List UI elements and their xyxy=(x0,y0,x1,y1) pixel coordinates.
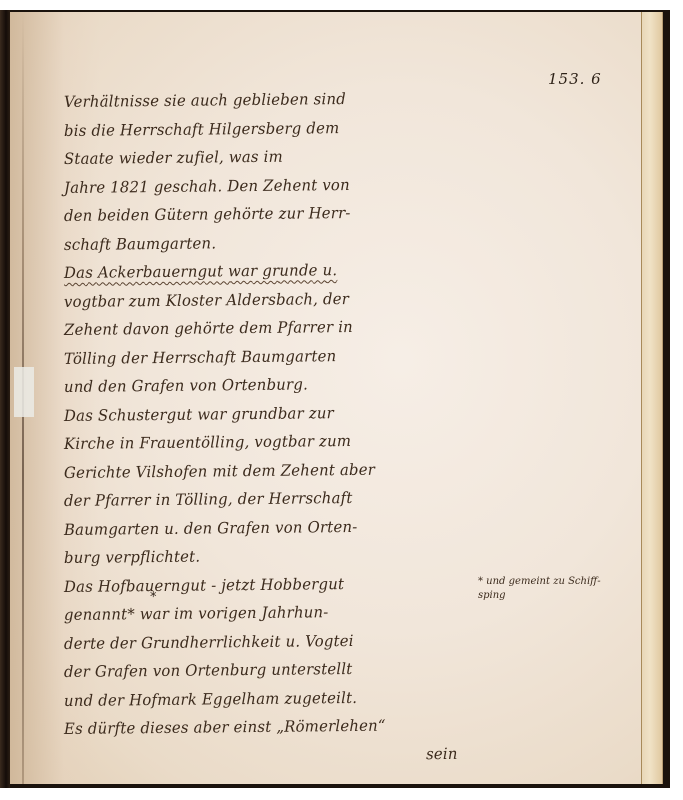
text-line-9: Zehent davon gehörte dem Pfarrer in xyxy=(64,312,487,345)
text-line-11: und den Grafen von Ortenburg. xyxy=(64,369,487,402)
text-line-7: Das Ackerbauerngut war grunde u. xyxy=(64,255,487,288)
text-line-12: Das Schustergut war grundbar zur xyxy=(64,397,487,430)
text-line-6: schaft Baumgarten. xyxy=(64,226,487,259)
text-line-21: der Grafen von Ortenburg unterstellt xyxy=(64,654,487,687)
text-line-20: derte der Grundherrlichkeit u. Vogtei xyxy=(64,625,487,658)
text-line-16: Baumgarten u. den Grafen von Orten- xyxy=(64,511,487,544)
text-line-22: und der Hofmark Eggelham zugeteilt. xyxy=(64,682,487,715)
text-line-2: bis die Herrschaft Hilgersberg dem xyxy=(64,112,487,145)
folio-number: 153. 6 xyxy=(548,70,602,88)
text-line-15: der Pfarrer in Tölling, der Herrschaft xyxy=(64,483,487,516)
text-line-8: vogtbar zum Kloster Aldersbach, der xyxy=(64,283,487,316)
text-line-13: Kirche in Frauentölling, vogtbar zum xyxy=(64,426,487,459)
margin-note: * und gemeint zu Schiff- sping xyxy=(478,575,628,603)
text-line-4: Jahre 1821 geschah. Den Zehent von xyxy=(64,169,487,202)
manuscript-text: Verhältnisse sie auch geblieben sind bis… xyxy=(64,88,504,772)
footnote-asterisk: * xyxy=(150,590,157,605)
text-line-5: den beiden Gütern gehörte zur Herr- xyxy=(64,198,487,231)
text-line-17: burg verpflichtet. xyxy=(64,540,487,573)
text-line-3: Staate wieder zufiel, was im xyxy=(64,141,487,174)
text-line-19: genannt* war im vorigen Jahrhun- xyxy=(64,597,487,630)
page-edge xyxy=(641,12,662,784)
text-line-1: Verhältnisse sie auch geblieben sind xyxy=(64,84,487,117)
text-line-24: sein xyxy=(64,739,487,772)
book-spine xyxy=(0,10,10,788)
text-line-14: Gerichte Vilshofen mit dem Zehent aber xyxy=(64,454,487,487)
text-line-18: Das Hofbauerngut - jetzt Hobbergut xyxy=(64,568,487,601)
text-line-10: Tölling der Herrschaft Baumgarten xyxy=(64,340,487,373)
text-line-23: Es dürfte dieses aber einst „Römerlehen“ xyxy=(64,711,487,744)
repair-tape xyxy=(14,367,34,417)
